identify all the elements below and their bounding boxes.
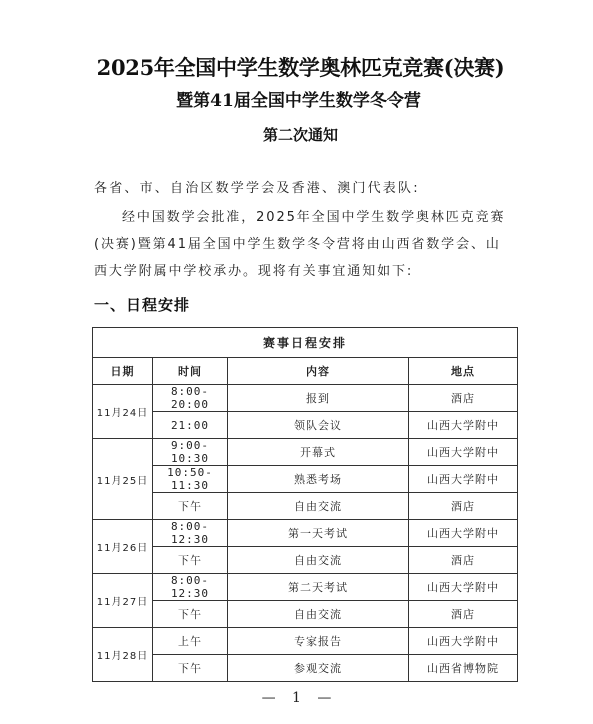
table-row: 下午 自由交流 酒店 bbox=[93, 547, 518, 574]
time-cell: 下午 bbox=[153, 547, 228, 574]
salutation: 各省、市、自治区数学学会及香港、澳门代表队: bbox=[94, 175, 514, 202]
location-cell: 山西省博物院 bbox=[409, 655, 518, 682]
location-cell: 酒店 bbox=[409, 601, 518, 628]
location-cell: 山西大学附中 bbox=[409, 520, 518, 547]
header-time: 时间 bbox=[153, 358, 228, 385]
table-row: 下午 自由交流 酒店 bbox=[93, 601, 518, 628]
time-cell: 8:00-12:30 bbox=[153, 574, 228, 601]
location-cell: 山西大学附中 bbox=[409, 628, 518, 655]
intro-paragraph: 经中国数学会批准，2025年全国中学生数学奥林匹克竞赛(决赛)暨第41届全国中学… bbox=[94, 204, 514, 285]
content-cell: 熟悉考场 bbox=[228, 466, 409, 493]
header-date: 日期 bbox=[93, 358, 153, 385]
time-cell: 9:00-10:30 bbox=[153, 439, 228, 466]
content-cell: 第二天考试 bbox=[228, 574, 409, 601]
content-cell: 第一天考试 bbox=[228, 520, 409, 547]
content-cell: 参观交流 bbox=[228, 655, 409, 682]
table-row: 10:50-11:30 熟悉考场 山西大学附中 bbox=[93, 466, 518, 493]
date-cell: 11月25日 bbox=[93, 439, 153, 520]
content-cell: 自由交流 bbox=[228, 601, 409, 628]
date-cell: 11月24日 bbox=[93, 385, 153, 439]
content-cell: 自由交流 bbox=[228, 493, 409, 520]
notice-title: 第二次通知 bbox=[0, 124, 593, 145]
time-cell: 10:50-11:30 bbox=[153, 466, 228, 493]
content-cell: 开幕式 bbox=[228, 439, 409, 466]
content-cell: 报到 bbox=[228, 385, 409, 412]
document-subtitle: 暨第41届全国中学生数学冬令营 bbox=[0, 86, 593, 111]
table-row: 下午 参观交流 山西省博物院 bbox=[93, 655, 518, 682]
table-row: 11月24日 8:00-20:00 报到 酒店 bbox=[93, 385, 518, 412]
location-cell: 山西大学附中 bbox=[409, 466, 518, 493]
time-cell: 上午 bbox=[153, 628, 228, 655]
location-cell: 酒店 bbox=[409, 385, 518, 412]
schedule-table: 赛事日程安排 日期 时间 内容 地点 11月24日 8:00-20:00 报到 … bbox=[92, 327, 518, 682]
table-row: 11月26日 8:00-12:30 第一天考试 山西大学附中 bbox=[93, 520, 518, 547]
date-cell: 11月27日 bbox=[93, 574, 153, 628]
table-row: 11月25日 9:00-10:30 开幕式 山西大学附中 bbox=[93, 439, 518, 466]
table-row: 11月28日 上午 专家报告 山西大学附中 bbox=[93, 628, 518, 655]
time-cell: 下午 bbox=[153, 655, 228, 682]
location-cell: 山西大学附中 bbox=[409, 574, 518, 601]
location-cell: 山西大学附中 bbox=[409, 439, 518, 466]
table-caption: 赛事日程安排 bbox=[93, 328, 518, 358]
location-cell: 酒店 bbox=[409, 493, 518, 520]
time-cell: 下午 bbox=[153, 601, 228, 628]
time-cell: 8:00-12:30 bbox=[153, 520, 228, 547]
table-header-row: 日期 时间 内容 地点 bbox=[93, 358, 518, 385]
header-content: 内容 bbox=[228, 358, 409, 385]
location-cell: 山西大学附中 bbox=[409, 412, 518, 439]
time-cell: 21:00 bbox=[153, 412, 228, 439]
header-location: 地点 bbox=[409, 358, 518, 385]
content-cell: 自由交流 bbox=[228, 547, 409, 574]
page-number: — 1 — bbox=[0, 690, 593, 706]
date-cell: 11月26日 bbox=[93, 520, 153, 574]
table-row: 21:00 领队会议 山西大学附中 bbox=[93, 412, 518, 439]
table-caption-row: 赛事日程安排 bbox=[93, 328, 518, 358]
table-row: 下午 自由交流 酒店 bbox=[93, 493, 518, 520]
location-cell: 酒店 bbox=[409, 547, 518, 574]
document-title: 2025年全国中学生数学奥林匹克竞赛(决赛) bbox=[0, 52, 593, 82]
time-cell: 下午 bbox=[153, 493, 228, 520]
content-cell: 领队会议 bbox=[228, 412, 409, 439]
table-row: 11月27日 8:00-12:30 第二天考试 山西大学附中 bbox=[93, 574, 518, 601]
time-cell: 8:00-20:00 bbox=[153, 385, 228, 412]
content-cell: 专家报告 bbox=[228, 628, 409, 655]
section-heading-schedule: 一、日程安排 bbox=[94, 294, 190, 315]
date-cell: 11月28日 bbox=[93, 628, 153, 682]
